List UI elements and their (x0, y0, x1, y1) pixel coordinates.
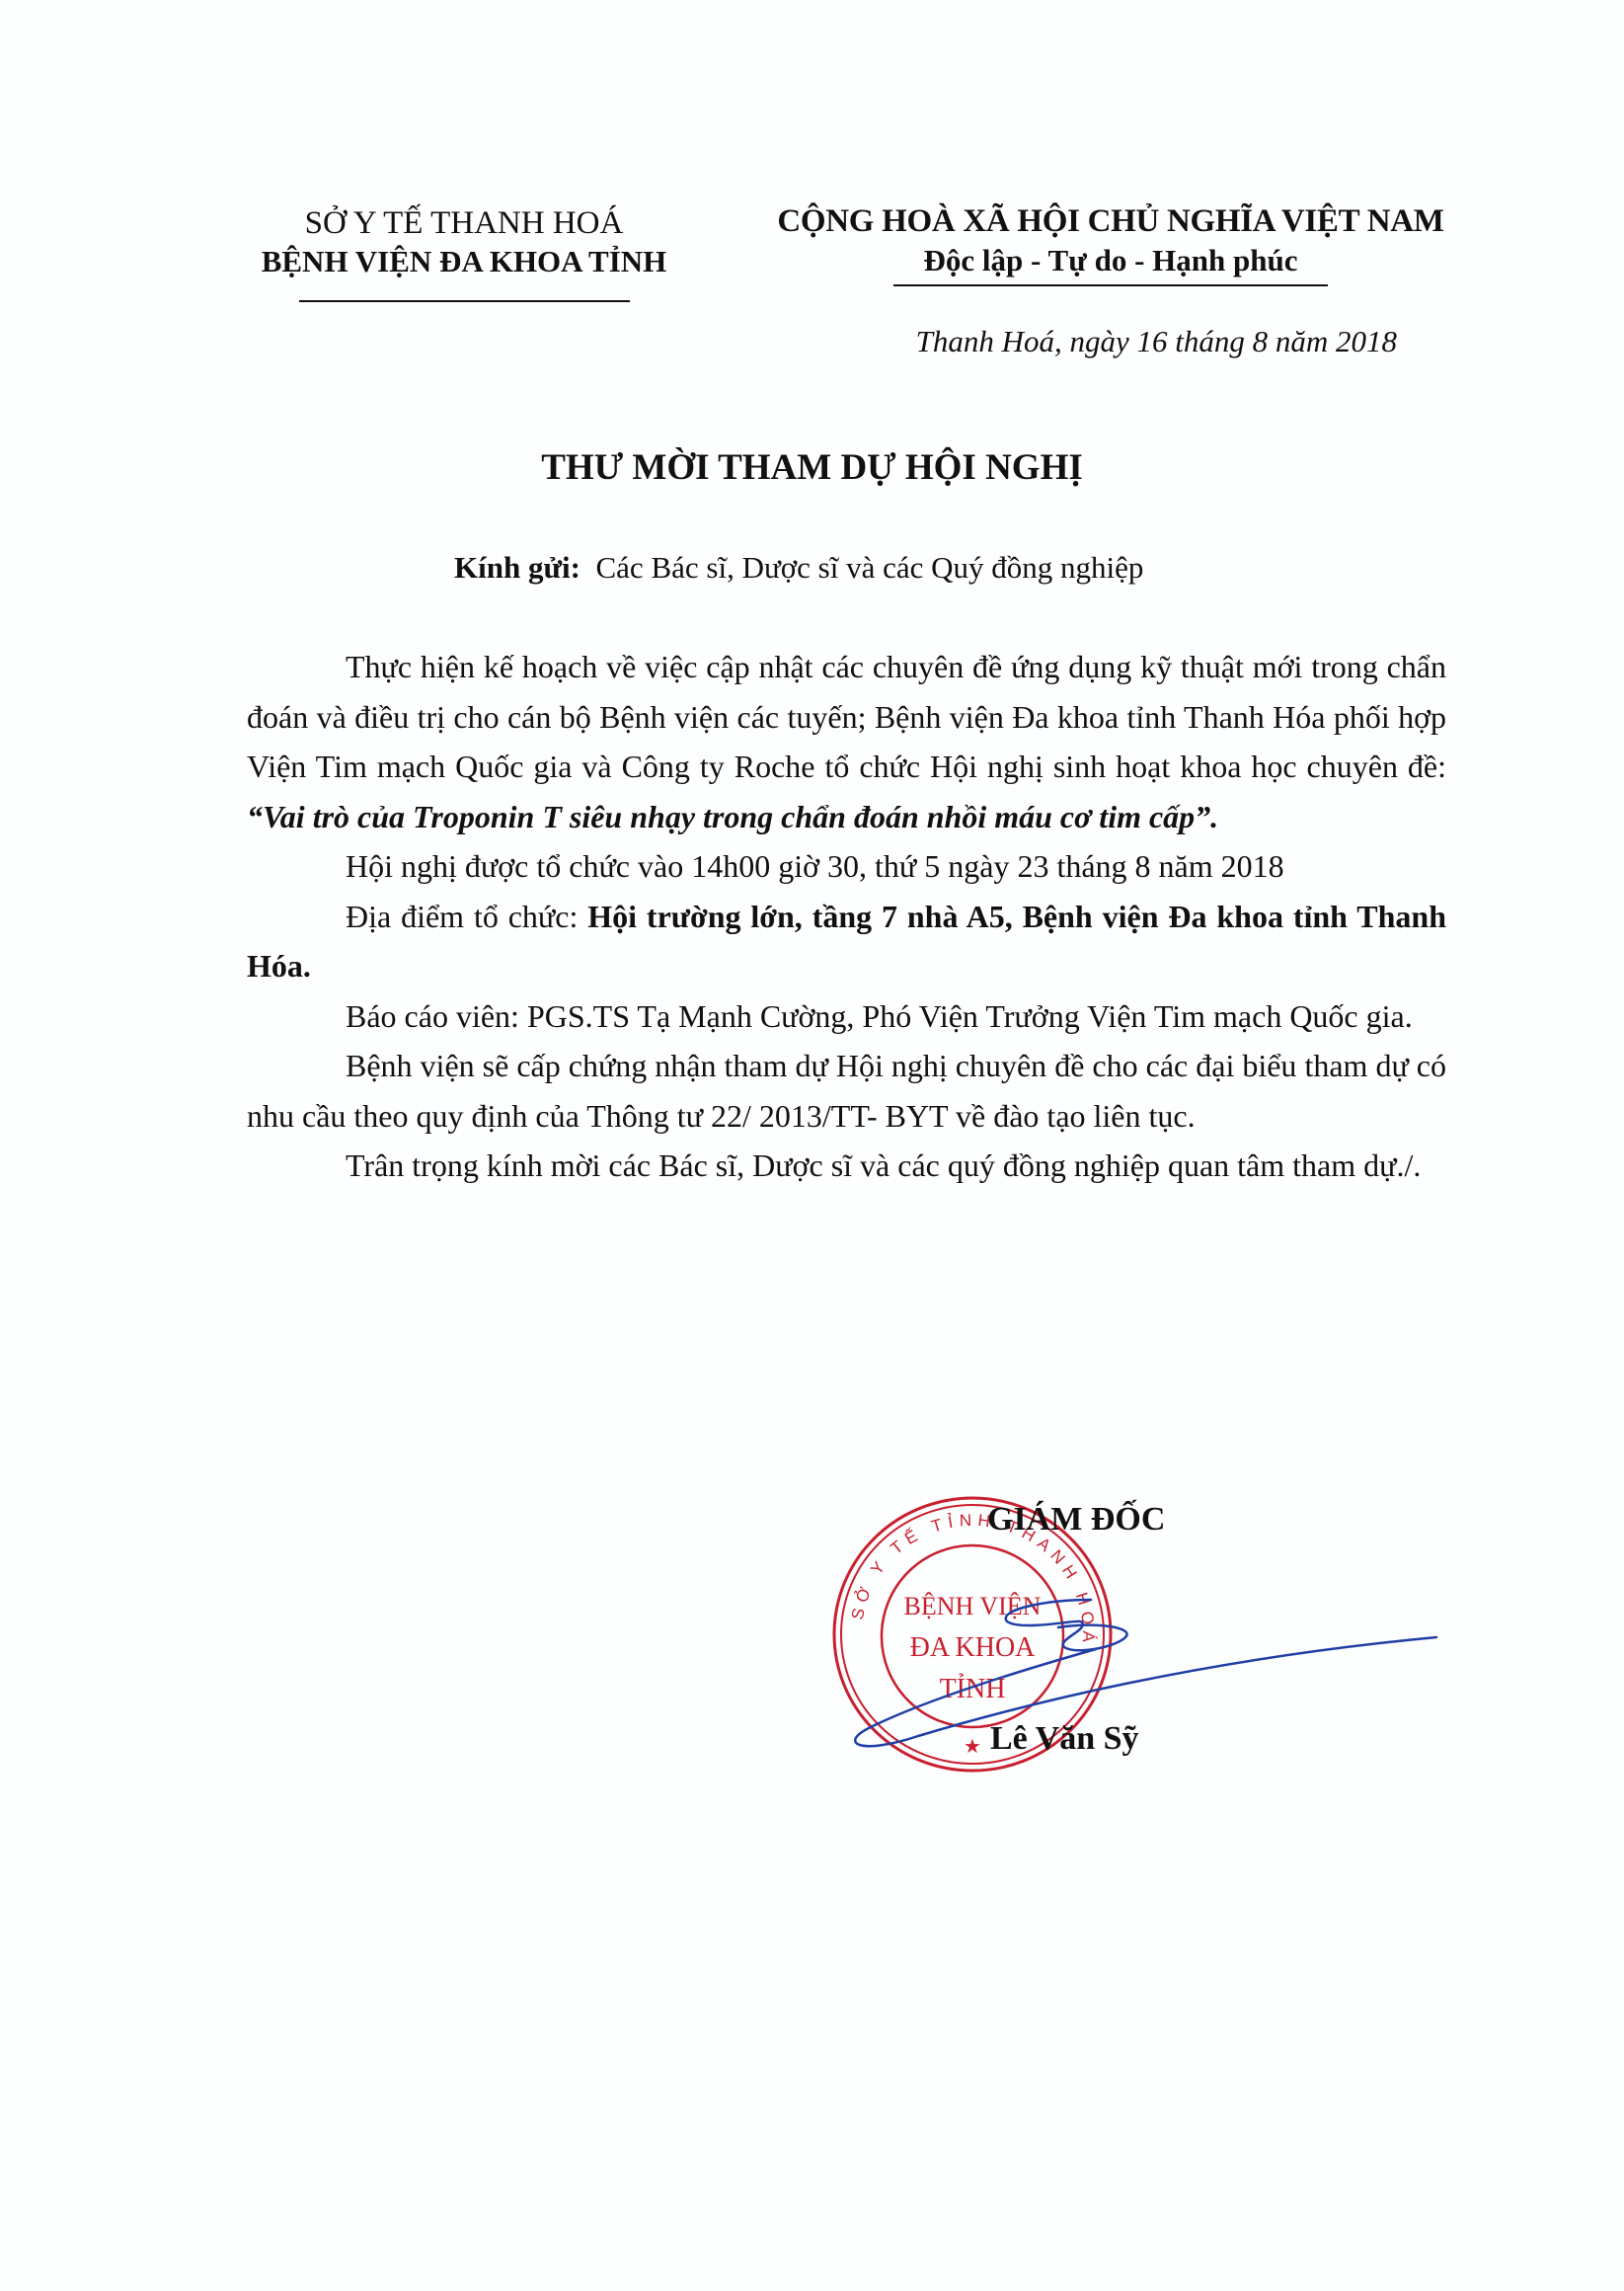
header-right-underline (893, 284, 1328, 286)
national-header: CỘNG HOÀ XÃ HỘI CHỦ NGHĨA VIỆT NAM Độc l… (726, 201, 1496, 286)
paragraph-speaker: Báo cáo viên: PGS.TS Tạ Mạnh Cường, Phó … (247, 991, 1446, 1042)
salutation-label: Kính gửi: (454, 550, 580, 585)
conference-topic: “Vai trò của Troponin T siêu nhạy trong … (247, 799, 1218, 834)
signatory-name: Lê Văn Sỹ (990, 1720, 1139, 1758)
header-left-underline (299, 300, 630, 302)
letter-body: Thực hiện kế hoạch về việc cập nhật các … (247, 642, 1446, 1191)
venue-label: Địa điểm tổ chức: (346, 899, 587, 934)
organization-name: BỆNH VIỆN ĐA KHOA TỈNH (247, 243, 681, 280)
paragraph-time: Hội nghị được tổ chức vào 14h00 giờ 30, … (247, 841, 1446, 892)
purpose-text: Thực hiện kế hoạch về việc cập nhật các … (247, 649, 1446, 784)
salutation-recipients: Các Bác sĩ, Dược sĩ và các Quý đồng nghi… (596, 550, 1144, 585)
paragraph-venue: Địa điểm tổ chức: Hội trường lớn, tầng 7… (247, 892, 1446, 991)
national-motto: Độc lập - Tự do - Hạnh phúc (726, 241, 1496, 280)
paragraph-closing: Trân trọng kính mời các Bác sĩ, Dược sĩ … (247, 1141, 1446, 1191)
paragraph-certificate: Bệnh viện sẽ cấp chứng nhận tham dự Hội … (247, 1041, 1446, 1141)
issuing-agency-header: SỞ Y TẾ THANH HOÁ BỆNH VIỆN ĐA KHOA TỈNH (247, 203, 681, 302)
place-date: Thanh Hoá, ngày 16 tháng 8 năm 2018 (592, 324, 1397, 359)
signatory-position: GIÁM ĐỐC (987, 1501, 1165, 1539)
national-title: CỘNG HOÀ XÃ HỘI CHỦ NGHĨA VIỆT NAM (726, 201, 1496, 241)
document-title: THƯ MỜI THAM DỰ HỘI NGHỊ (0, 446, 1624, 489)
agency-name: SỞ Y TẾ THANH HOÁ (247, 203, 681, 243)
paragraph-purpose: Thực hiện kế hoạch về việc cập nhật các … (247, 642, 1446, 841)
salutation: Kính gửi: Các Bác sĩ, Dược sĩ và các Quý… (454, 550, 1143, 586)
